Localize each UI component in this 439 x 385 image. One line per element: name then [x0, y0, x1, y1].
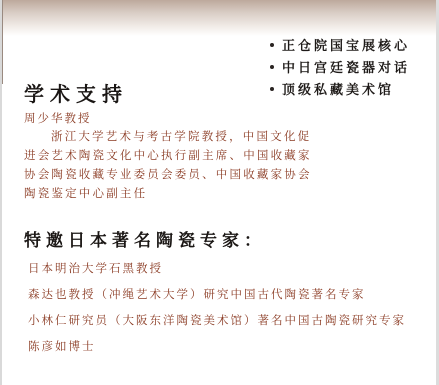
highlight-item: 正仓院国宝展核心 [270, 36, 410, 58]
highlight-item: 顶级私藏美术馆 [270, 80, 410, 102]
highlight-text: 中日宫廷瓷器对话 [282, 61, 410, 76]
highlights-list: 正仓院国宝展核心 中日宫廷瓷器对话 顶级私藏美术馆 [270, 36, 410, 102]
decorative-left-rule [2, 0, 3, 84]
bullet-dot-icon [270, 43, 274, 47]
experts-list: 日本明治大学石黑教授 森达也教授（冲绳艺术大学）研究中国古代陶瓷著名专家 小林仁… [28, 260, 406, 364]
highlight-item: 中日宫廷瓷器对话 [270, 58, 410, 80]
decorative-top-band [3, 0, 436, 36]
scholar-bio: 浙江大学艺术与考古学院教授，中国文化促 进会艺术陶瓷文化中心执行副主席、中国收藏… [24, 127, 324, 203]
bullet-dot-icon [270, 65, 274, 69]
expert-item: 小林仁研究员（大阪东洋陶瓷美术馆）著名中国古陶瓷研究专家 [28, 312, 406, 338]
expert-item: 森达也教授（冲绳艺术大学）研究中国古代陶瓷著名专家 [28, 286, 406, 312]
bio-line: 协会陶瓷收藏专业委员会委员、中国收藏家协会 [24, 165, 324, 184]
bio-line: 陶瓷鉴定中心副主任 [24, 184, 324, 203]
expert-item: 陈彦如博士 [28, 338, 406, 364]
document-page: 正仓院国宝展核心 中日宫廷瓷器对话 顶级私藏美术馆 学术支持 周少华教授 浙江大… [0, 0, 439, 385]
highlight-text: 正仓院国宝展核心 [282, 39, 410, 54]
bullet-dot-icon [270, 87, 274, 91]
bio-line: 进会艺术陶瓷文化中心执行副主席、中国收藏家 [24, 146, 324, 165]
highlight-text: 顶级私藏美术馆 [282, 83, 394, 98]
expert-item: 日本明治大学石黑教授 [28, 260, 406, 286]
japanese-experts-heading: 特邀日本著名陶瓷专家： [24, 226, 266, 251]
bio-line: 浙江大学艺术与考古学院教授，中国文化促 [24, 127, 324, 146]
academic-support-heading: 学术支持 [24, 78, 128, 107]
scholar-name: 周少华教授 [24, 110, 92, 126]
